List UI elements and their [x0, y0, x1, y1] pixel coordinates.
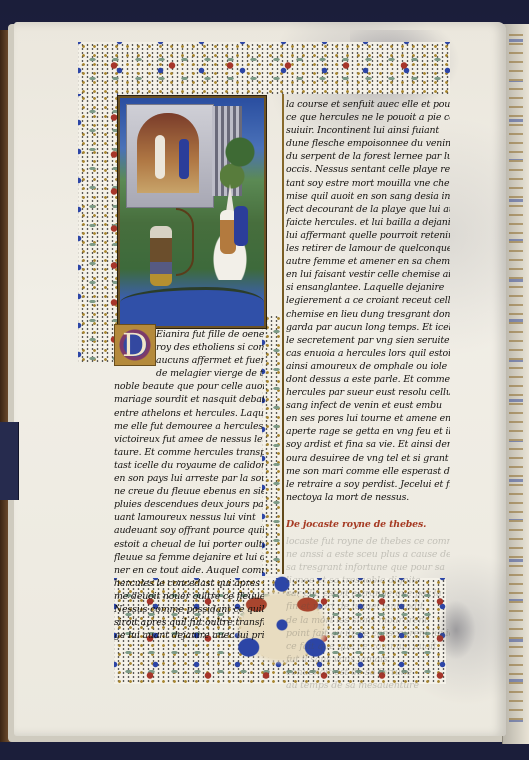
show-through-text: ce fait que que ce commun auoit: [286, 640, 450, 653]
miniature-building: [126, 104, 214, 208]
miniature-painting: [118, 96, 266, 328]
facing-page-border-decoration: [509, 34, 523, 724]
text-line: autre femme et amener en sa chemise: [286, 255, 450, 268]
show-through-text: de la mort les siens moururent: [286, 614, 450, 627]
text-line: taure. Et comme hercules transpor: [114, 446, 264, 459]
text-line: garda par aucun long temps. Et icel: [286, 321, 450, 334]
text-line: victoireux fut amee de nessus le cen: [114, 433, 264, 446]
text-line: dont dessus a este parle. Et comme: [286, 373, 450, 386]
text-line: tant soy estre mort mouilla vne che: [286, 177, 450, 190]
text-line: fect decourant de la playe que lui auoit: [286, 203, 450, 216]
text-line: lui affermant quelle pourroit retenir: [286, 229, 450, 242]
text-line: mariage sourdit et nasquit debat: [114, 393, 264, 406]
rubric-heading: De jocaste royne de thebes.: [286, 518, 450, 531]
facing-page-edge: [502, 24, 529, 744]
text-column-right: la course et senfuit auec elle et pour c…: [286, 98, 450, 692]
miniature-bow: [176, 208, 194, 276]
text-line: hercules par sueur eust resolu celluy: [286, 386, 450, 399]
text-line: me son mari comme elle esperast de: [286, 465, 450, 478]
text-line: en son pays lui arreste par la soudai: [114, 472, 264, 485]
text-column-left: Eianira fut fille de oene roy des etholi…: [114, 328, 264, 642]
text-line: audeuant soy offrant pource quil: [114, 524, 264, 537]
text-line: fleuue sa femme dejanire et lui don: [114, 551, 264, 564]
text-line: ce que hercules ne le pouoit a pie co: [286, 111, 450, 124]
text-line: suiuir. Incontinent lui ainsi fuiant: [286, 124, 450, 137]
border-decoration-left: [78, 94, 118, 362]
text-line: dune flesche empoisonnee du venin: [286, 137, 450, 150]
text-line: Nessus comme possidant ce quil de: [114, 603, 264, 616]
show-through-text: locaste fut royne de thebes ce commun: [286, 535, 450, 548]
text-line: nectoya la mort de nessus.: [286, 491, 450, 504]
text-line: Eianira fut fille de oene: [114, 328, 264, 341]
text-line: chemise en lieu dung tresgrant don.: [286, 308, 450, 321]
text-line: ne creue du fleuue ebenus en sie des: [114, 485, 264, 498]
show-through-text: au temps de sa mesauenture: [286, 679, 450, 692]
text-line: tast icelle du royaume de calidome: [114, 459, 264, 472]
text-line: le secretement par vng sien seruiteur la: [286, 334, 450, 347]
text-line: sang infect de venin et eust embu: [286, 399, 450, 412]
text-line: hercules le concedast qui apres sa fe: [114, 577, 264, 590]
text-line: me elle fut demouree a hercules come: [114, 420, 264, 433]
text-line: roy des etholiens si comme: [114, 341, 264, 354]
border-decoration-top: [78, 42, 450, 94]
text-line: mise quil auoit en son sang desia in: [286, 190, 450, 203]
text-line: ge lui auant dejanire auec lui prist: [114, 629, 264, 642]
text-line: si ensanglantee. Laquelle dejanire: [286, 281, 450, 294]
text-line: du serpent de la forest lernee par lui: [286, 150, 450, 163]
text-line: uant lamoureux nessus lui vint: [114, 511, 264, 524]
miniature-man-blue: [234, 206, 248, 246]
show-through-text: car elle estoit estrange que par la: [286, 587, 450, 600]
text-line: aperte rage se getta en vng feu et ilec: [286, 425, 450, 438]
text-line: entre athelons et hercules. Laquelle co: [114, 407, 264, 420]
miniature-chamber: [137, 113, 199, 193]
show-through-text: lignee et sa tresnoble dignite: [286, 574, 450, 587]
show-through-text: point fait qu ilz ce consceurent lui ie: [286, 627, 450, 640]
text-line: occis. Nessus sentant celle playe repu: [286, 163, 450, 176]
show-through-text: fut il sans vous jamais: [286, 653, 450, 666]
miniature-figure-white: [155, 135, 165, 179]
column-rule: [282, 94, 284, 574]
text-line: siroit apres quil fut oultre transfia: [114, 616, 264, 629]
miniature-hennin: [226, 184, 234, 212]
show-through-text: fin et mort de lusuel lentendit: [286, 600, 450, 613]
text-line: oura desuiree de vng tel et si grant ho: [286, 452, 450, 465]
text-line: ner en ce tout aide. Auquel comme: [114, 564, 264, 577]
text-line: cas enuoia a hercules lors quil estoit: [286, 347, 450, 360]
show-through-text: ne anssi a este sceu plus a cause de: [286, 548, 450, 561]
show-through-text: sa tresgrant infortune que pour sa: [286, 561, 450, 574]
text-line: le retraire a soy perdist. Jecelui et fi: [286, 478, 450, 491]
text-line: noble beaute que pour celle auoir en: [114, 380, 264, 393]
text-line: ainsi amoureux de omphale ou iole: [286, 360, 450, 373]
border-decoration-column-divider: [262, 314, 280, 576]
text-line: faicte hercules. et lui bailla a dejanir…: [286, 216, 450, 229]
text-line: de melagier vierge de tres: [114, 367, 264, 380]
text-line: estoit a cheual de lui porter oultre ce: [114, 538, 264, 551]
text-line: en lui faisant vestir celle chemise ain: [286, 268, 450, 281]
text-line: pluies descendues deux jours para: [114, 498, 264, 511]
miniature-figure-blue: [179, 139, 189, 179]
text-line: les retirer de lamour de quelconque: [286, 242, 450, 255]
text-line: en ses pores lui tourne et amene en: [286, 412, 450, 425]
show-through-text: conuenoit est de sa fortune: [286, 666, 450, 679]
miniature-river: [120, 287, 264, 326]
text-line: aucuns affermet et fuer: [114, 354, 264, 367]
text-line: me deuoit nouer oultre ce fleuue.: [114, 590, 264, 603]
page-tab-marker: [0, 422, 19, 500]
text-line: legierement a ce croiant receut celle: [286, 294, 450, 307]
miniature-archer: [150, 226, 172, 286]
text-line: soy ardist et fina sa vie. Et ainsi dem: [286, 438, 450, 451]
text-line: la course et senfuit auec elle et pour: [286, 98, 450, 111]
